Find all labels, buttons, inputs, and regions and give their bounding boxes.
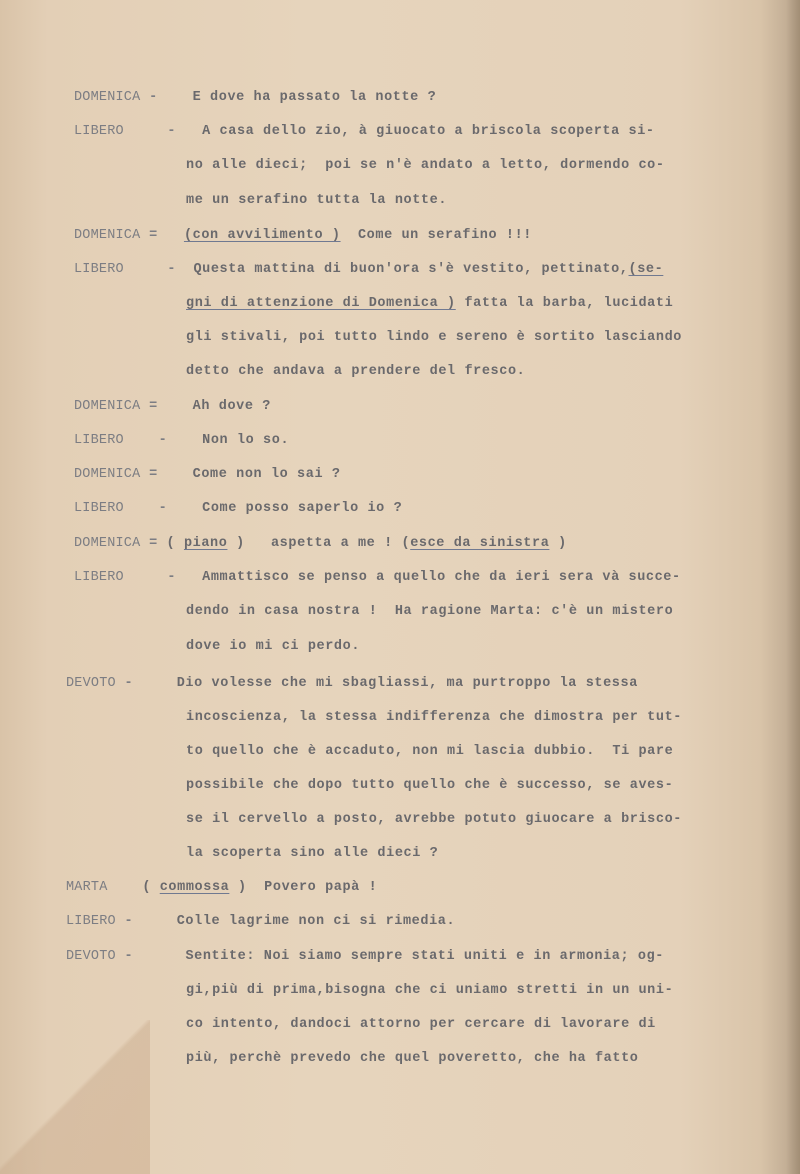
dialogue-continuation: gli stivali, poi tutto lindo e sereno è … <box>186 330 682 345</box>
dialogue-line: DOMENICA = (con avvilimento ) Come un se… <box>74 228 532 243</box>
speaker-name: DEVOTO <box>66 676 116 691</box>
dialogue-line: DOMENICA = Come non lo sai ? <box>74 467 341 482</box>
stage-direction: gni di attenzione di Domenica ) <box>186 296 456 311</box>
speaker-name: DOMENICA <box>74 90 140 105</box>
dialogue-continuation: dove io mi ci perdo. <box>186 639 360 654</box>
speaker-name: LIBERO <box>66 914 116 929</box>
dialogue-line: LIBERO - Non lo so. <box>74 433 289 448</box>
dialogue-line: DOMENICA = Ah dove ? <box>74 399 271 414</box>
dialogue-continuation: me un serafino tutta la notte. <box>186 193 447 208</box>
dialogue-line: LIBERO - Questa mattina di buon'ora s'è … <box>74 262 663 277</box>
dialogue-text: Ah dove ? <box>193 399 271 414</box>
dialogue-line: DOMENICA - E dove ha passato la notte ? <box>74 90 436 105</box>
dialogue-text: A casa dello zio, à giuocato a briscola … <box>202 124 654 139</box>
dialogue-line: DEVOTO - Dio volesse che mi sbagliassi, … <box>66 676 638 691</box>
dialogue-line: LIBERO - A casa dello zio, à giuocato a … <box>74 124 655 139</box>
dialogue-continuation: più, perchè prevedo che quel poveretto, … <box>186 1051 638 1066</box>
stage-direction: (con avvilimento ) <box>184 228 341 243</box>
dialogue-continuation: gi,più di prima,bisogna che ci uniamo st… <box>186 983 673 998</box>
speaker-name: LIBERO <box>74 501 124 516</box>
stage-direction: esce da sinistra <box>410 536 549 551</box>
dialogue-line: MARTA ( commossa ) Povero papà ! <box>66 880 377 895</box>
stage-direction: piano <box>184 536 228 551</box>
speaker-name: DOMENICA <box>74 536 140 551</box>
dialogue-text: Colle lagrime non ci si rimedia. <box>177 914 455 929</box>
dialogue-continuation: co intento, dandoci attorno per cercare … <box>186 1017 656 1032</box>
dialogue-continuation: no alle dieci; poi se n'è andato a letto… <box>186 158 665 173</box>
stage-direction: commossa <box>160 880 230 895</box>
dialogue-continuation: dendo in casa nostra ! Ha ragione Marta:… <box>186 604 673 619</box>
dialogue-line: LIBERO - Colle lagrime non ci si rimedia… <box>66 914 455 929</box>
dialogue-text: Come non lo sai ? <box>193 467 341 482</box>
dialogue-continuation: la scoperta sino alle dieci ? <box>186 846 438 861</box>
dialogue-continuation: gni di attenzione di Domenica ) fatta la… <box>186 296 673 311</box>
speaker-name: MARTA <box>66 880 108 895</box>
speaker-name: DOMENICA <box>74 228 140 243</box>
speaker-name: DEVOTO <box>66 949 116 964</box>
dialogue-text: Dio volesse che mi sbagliassi, ma purtro… <box>177 676 638 691</box>
page-edge-shadow <box>786 0 800 1174</box>
dialogue-line: DEVOTO - Sentite: Noi siamo sempre stati… <box>66 949 664 964</box>
dialogue-continuation: possibile che dopo tutto quello che è su… <box>186 778 673 793</box>
dialogue-continuation: se il cervello a posto, avrebbe potuto g… <box>186 812 682 827</box>
dialogue-line: DOMENICA = ( piano ) aspetta a me ! (esc… <box>74 536 567 551</box>
dialogue-text: Sentite: Noi siamo sempre stati uniti e … <box>185 949 664 964</box>
speaker-name: DOMENICA <box>74 399 140 414</box>
stage-direction: (se- <box>629 262 664 277</box>
dialogue-text: E dove ha passato la notte ? <box>193 90 437 105</box>
speaker-name: LIBERO <box>74 124 124 139</box>
speaker-name: LIBERO <box>74 433 124 448</box>
dialogue-text: Come posso saperlo io ? <box>202 501 402 516</box>
dialogue-text: Non lo so. <box>202 433 289 448</box>
speaker-name: LIBERO <box>74 570 124 585</box>
speaker-name: LIBERO <box>74 262 124 277</box>
dialogue-line: LIBERO - Come posso saperlo io ? <box>74 501 402 516</box>
speaker-name: DOMENICA <box>74 467 140 482</box>
dialogue-continuation: detto che andava a prendere del fresco. <box>186 364 525 379</box>
page-fold-crease <box>0 1020 150 1174</box>
dialogue-continuation: incoscienza, la stessa indifferenza che … <box>186 710 682 725</box>
dialogue-continuation: to quello che è accaduto, non mi lascia … <box>186 744 673 759</box>
dialogue-text: Ammattisco se penso a quello che da ieri… <box>202 570 681 585</box>
typewritten-page: DOMENICA - E dove ha passato la notte ? … <box>0 0 800 1174</box>
dialogue-line: LIBERO - Ammattisco se penso a quello ch… <box>74 570 681 585</box>
